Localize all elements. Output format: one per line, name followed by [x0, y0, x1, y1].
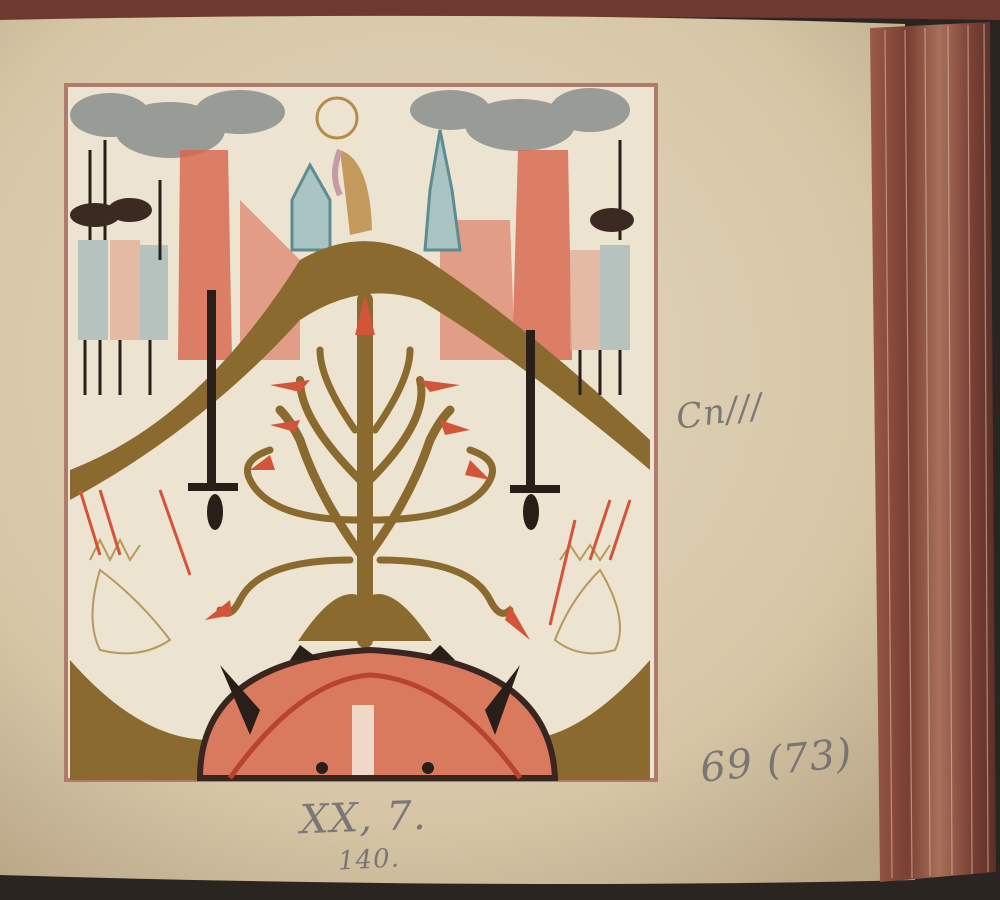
pencil-number: 140.: [337, 843, 400, 876]
manuscript-photo: Cn/// 69 (73) XX, 7. 140.: [0, 0, 1000, 900]
pencil-signature: XX, 7.: [299, 793, 427, 843]
